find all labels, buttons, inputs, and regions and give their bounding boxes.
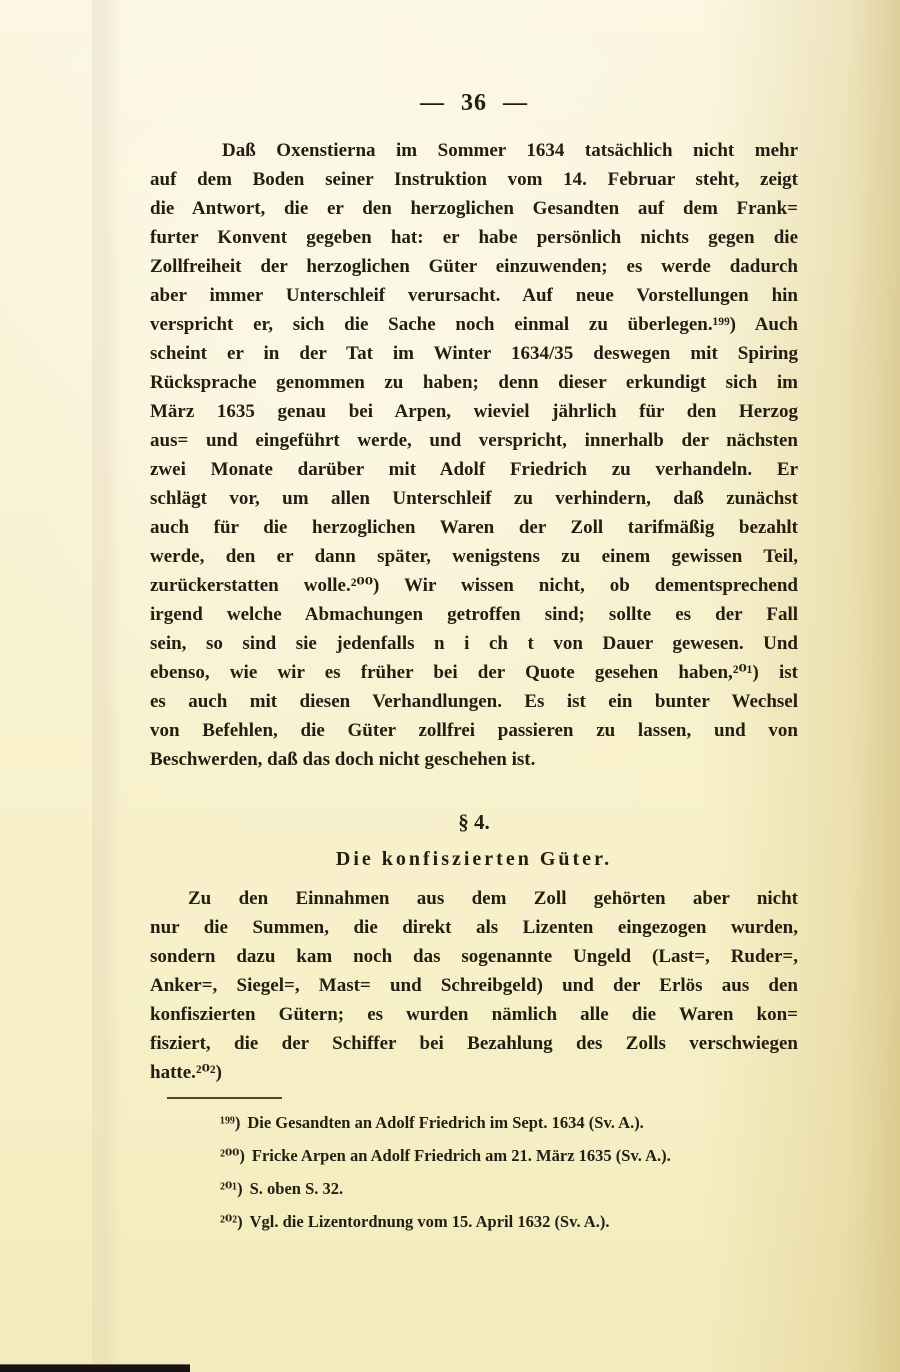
text-line: Zollfreiheit der herzoglichen Güter einz…	[150, 252, 798, 281]
text-line: nur die Summen, die direkt als Lizenten …	[150, 913, 798, 942]
footnote-marker: ²⁰²)	[220, 1212, 243, 1231]
text-line: werde, den er dann später, wenigstens zu…	[150, 542, 798, 571]
header-left-dash: —	[420, 90, 445, 117]
section-mark: § 4.	[150, 808, 798, 837]
text-line: Zu den Einnahmen aus dem Zoll gehörten a…	[150, 884, 798, 913]
paragraph-1: Daß Oxenstierna im Sommer 1634 tatsächli…	[150, 136, 798, 774]
scan-artifact-bar	[0, 1364, 190, 1372]
text-line: Daß Oxenstierna im Sommer 1634 tatsächli…	[150, 136, 798, 165]
text-line: sein, so sind sie jedenfalls n i ch t vo…	[150, 629, 798, 658]
footnote-text: Die Gesandten an Adolf Friedrich im Sept…	[247, 1113, 643, 1132]
footnotes-block: ¹⁹⁹)Die Gesandten an Adolf Friedrich im …	[150, 1106, 798, 1238]
text-line: zwei Monate darüber mit Adolf Friedrich …	[150, 455, 798, 484]
text-line: sondern dazu kam noch das sogenannte Ung…	[150, 942, 798, 971]
page-number-header: —36—	[150, 90, 798, 117]
page-number: 36	[461, 90, 487, 116]
text-line: von Befehlen, die Güter zollfrei passier…	[150, 716, 798, 745]
header-right-dash: —	[503, 90, 528, 117]
footnote-item: ²⁰⁰)Fricke Arpen an Adolf Friedrich am 2…	[150, 1139, 798, 1172]
text-line: konfiszierten Gütern; es wurden nämlich …	[150, 1000, 798, 1029]
scanned-book-page: —36— Daß Oxenstierna im Sommer 1634 tats…	[0, 0, 900, 1372]
text-line: Beschwerden, daß das doch nicht geschehe…	[150, 745, 798, 774]
text-line: aber immer Unterschleif verursacht. Auf …	[150, 281, 798, 310]
text-line: irgend welche Abmachungen getroffen sind…	[150, 600, 798, 629]
paragraph-2: Zu den Einnahmen aus dem Zoll gehörten a…	[150, 884, 798, 1087]
text-line: verspricht er, sich die Sache noch einma…	[150, 310, 798, 339]
footnote-marker: ¹⁹⁹)	[220, 1113, 240, 1132]
text-line: zurückerstatten wolle.²⁰⁰) Wir wissen ni…	[150, 571, 798, 600]
text-line: fisziert, die der Schiffer bei Bezahlung…	[150, 1029, 798, 1058]
text-line: die Antwort, die er den herzoglichen Ges…	[150, 194, 798, 223]
footnote-item: ²⁰¹)S. oben S. 32.	[150, 1172, 798, 1205]
text-line: es auch mit diesen Verhandlungen. Es ist…	[150, 687, 798, 716]
footnote-text: Fricke Arpen an Adolf Friedrich am 21. M…	[252, 1146, 671, 1165]
text-line: auf dem Boden seiner Instruktion vom 14.…	[150, 165, 798, 194]
text-line: furter Konvent gegeben hat: er habe pers…	[150, 223, 798, 252]
text-line: ebenso, wie wir es früher bei der Quote …	[150, 658, 798, 687]
text-line: hatte.²⁰²)	[150, 1058, 798, 1087]
text-line: März 1635 genau bei Arpen, wieviel jährl…	[150, 397, 798, 426]
footnote-text: S. oben S. 32.	[250, 1179, 344, 1198]
footnote-marker: ²⁰¹)	[220, 1179, 243, 1198]
text-line: scheint er in der Tat im Winter 1634/35 …	[150, 339, 798, 368]
text-line: auch für die herzoglichen Waren der Zoll…	[150, 513, 798, 542]
footnote-item: ²⁰²)Vgl. die Lizentordnung vom 15. April…	[150, 1205, 798, 1238]
text-line: schlägt vor, um allen Unterschleif zu ve…	[150, 484, 798, 513]
footnote-separator-rule	[167, 1097, 282, 1099]
footnote-marker: ²⁰⁰)	[220, 1146, 245, 1165]
footnote-text: Vgl. die Lizentordnung vom 15. April 163…	[250, 1212, 610, 1231]
footnote-item: ¹⁹⁹)Die Gesandten an Adolf Friedrich im …	[150, 1106, 798, 1139]
section-title: Die konfiszierten Güter.	[150, 845, 798, 874]
text-line: aus= und eingeführt werde, und versprich…	[150, 426, 798, 455]
text-line: Rücksprache genommen zu haben; denn dies…	[150, 368, 798, 397]
text-line: Anker=, Siegel=, Mast= und Schreibgeld) …	[150, 971, 798, 1000]
